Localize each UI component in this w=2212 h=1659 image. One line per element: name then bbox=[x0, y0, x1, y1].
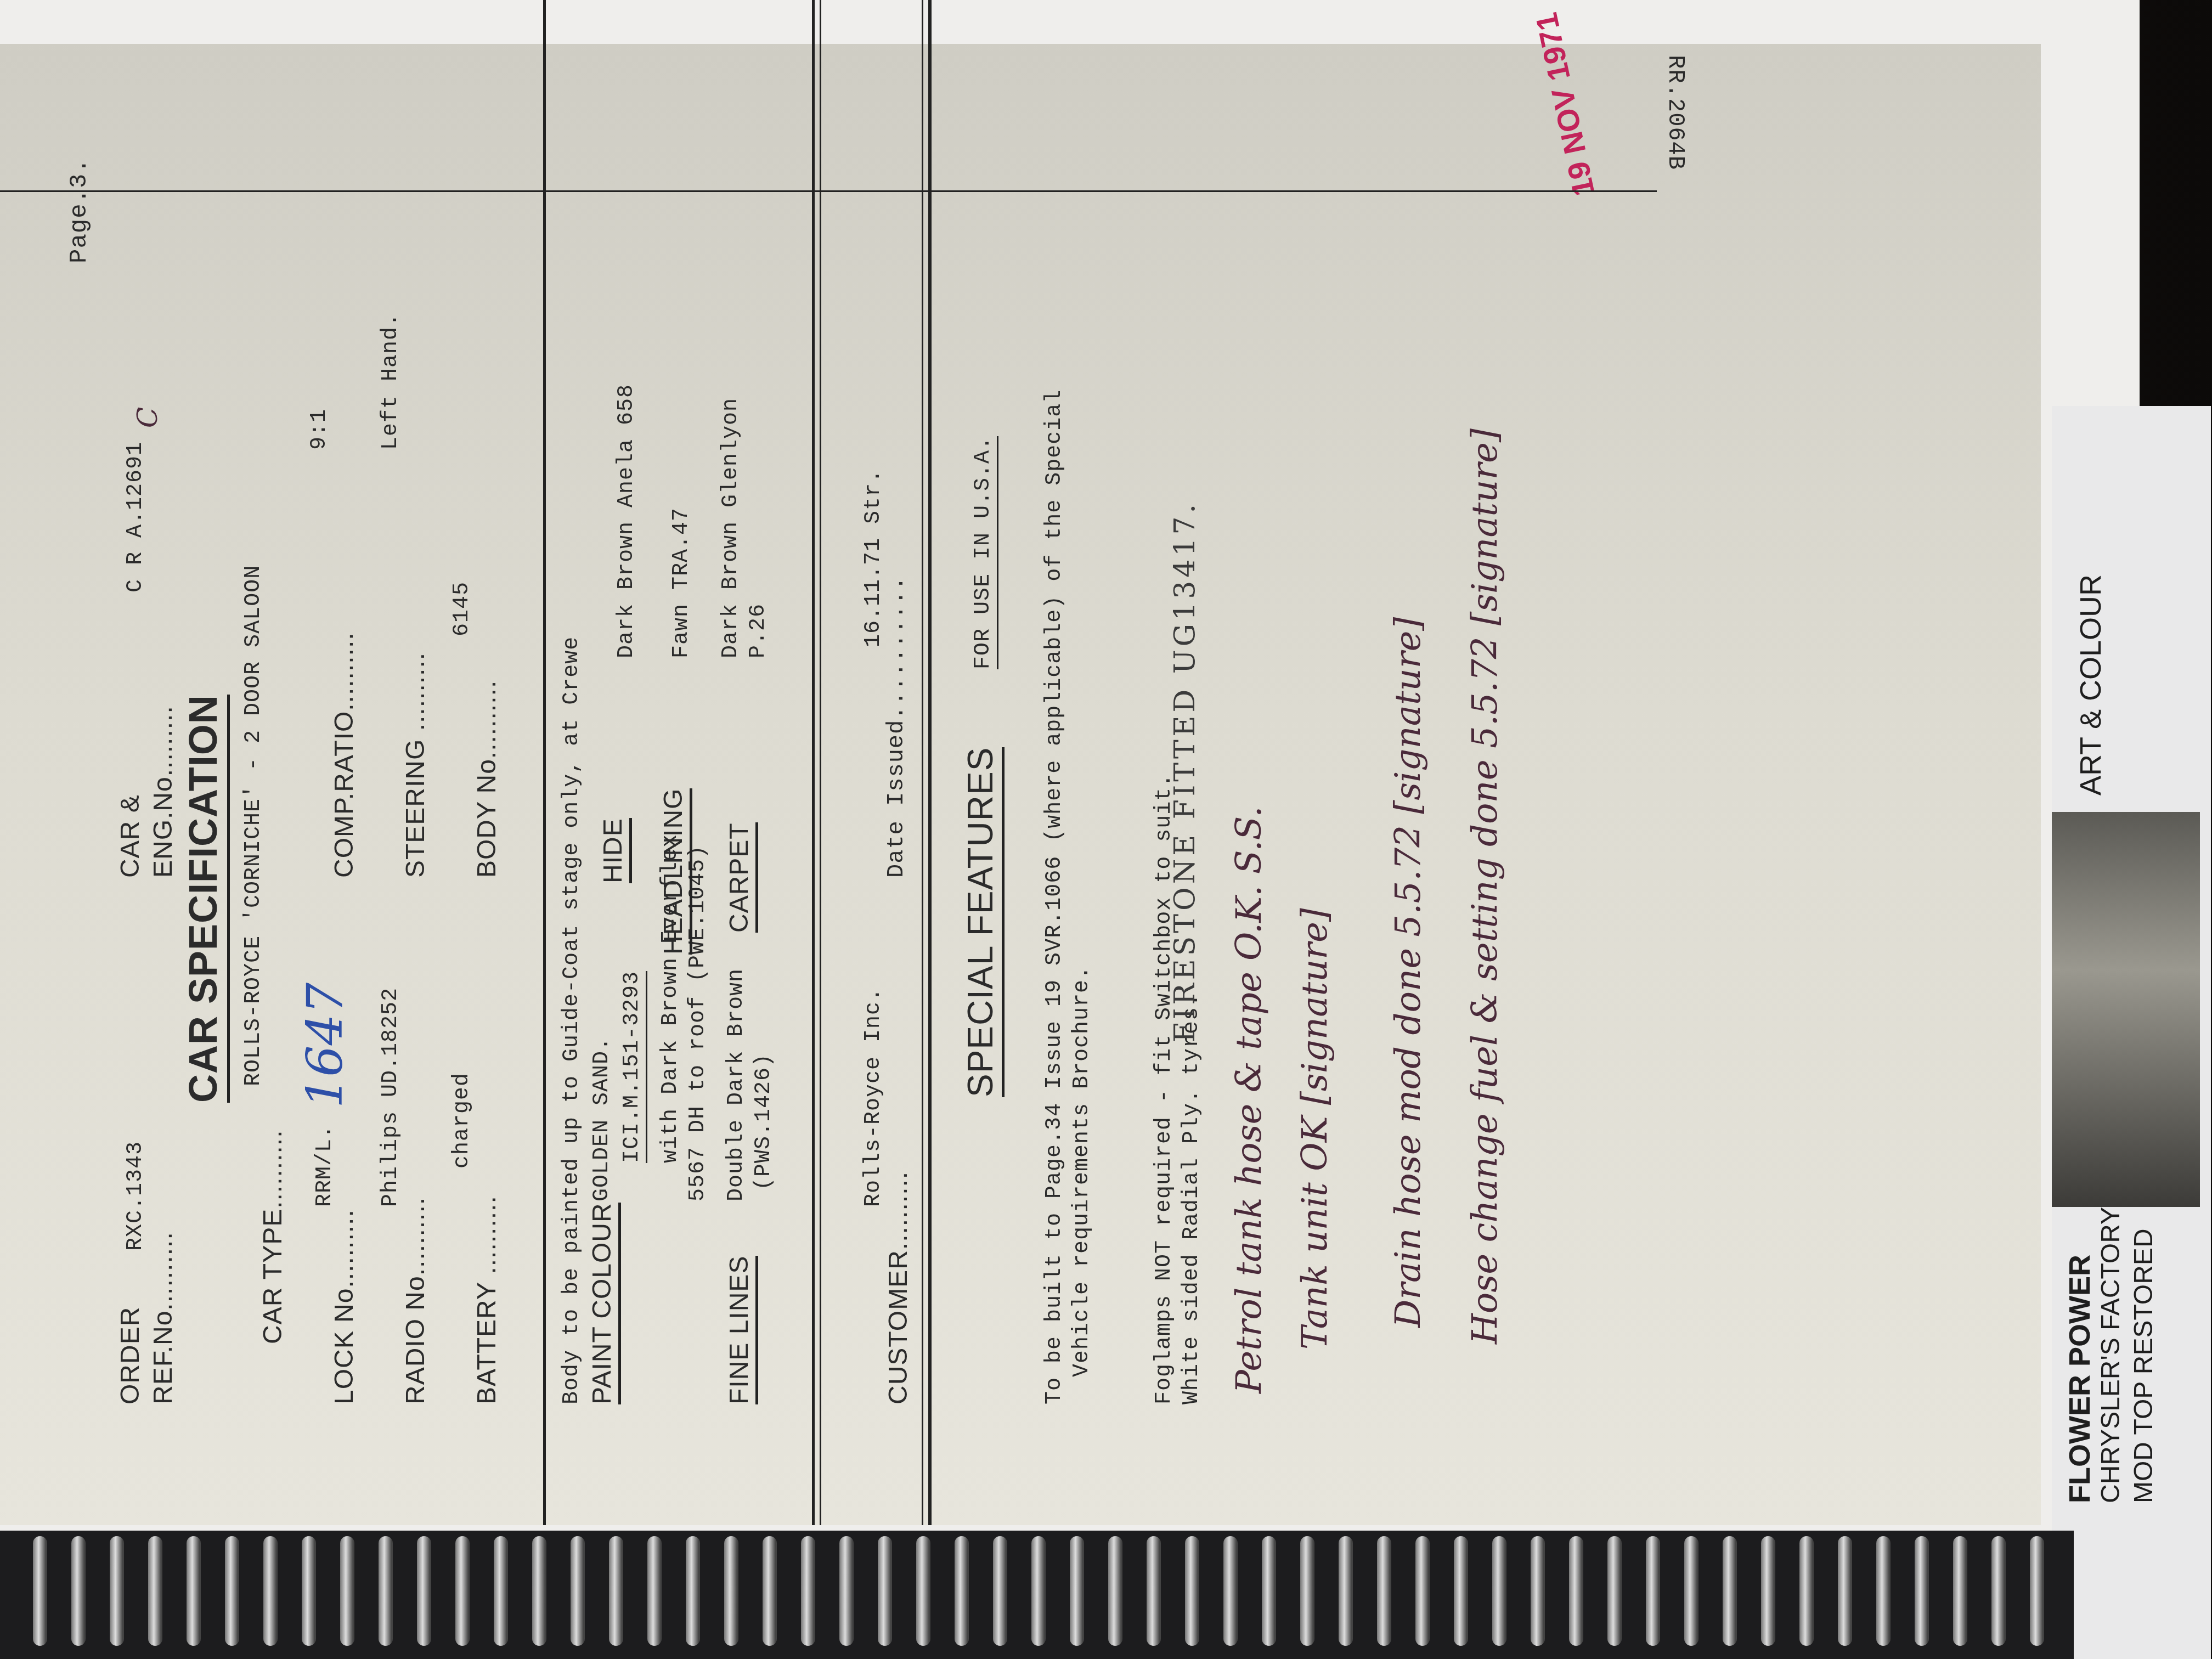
spiral-coil bbox=[455, 1536, 470, 1646]
fine-lines-label: FINE LINES bbox=[724, 1256, 758, 1404]
spiral-coil bbox=[571, 1536, 585, 1646]
customer-label: CUSTOMER.......... bbox=[883, 1171, 913, 1404]
spiral-coil bbox=[878, 1536, 892, 1646]
car-eng-value: C R A.12691 bbox=[123, 442, 148, 592]
special-features-title: SPECIAL FEATURES bbox=[960, 747, 1005, 1097]
comp-ratio-label: COMP.RATIO.......... bbox=[329, 632, 359, 878]
radio-value: Philips UD.18252 bbox=[379, 988, 403, 1207]
spiral-coil bbox=[1454, 1536, 1468, 1646]
spiral-coil bbox=[609, 1536, 623, 1646]
spiral-coil bbox=[1876, 1536, 1891, 1646]
page-number: Page.3. bbox=[66, 158, 93, 263]
spiral-coil bbox=[1607, 1536, 1622, 1646]
magazine-car-photo bbox=[2052, 812, 2200, 1207]
spiral-coil bbox=[379, 1536, 393, 1646]
spiral-coil bbox=[302, 1536, 316, 1646]
spiral-coil bbox=[1799, 1536, 1814, 1646]
radio-label: RADIO No.......... bbox=[400, 1197, 431, 1404]
usa-note: FOR USE IN U.S.A. bbox=[971, 436, 998, 669]
car-eng-label: ENG.No......... bbox=[148, 706, 178, 878]
hide-value: Dark Brown Anela 658 bbox=[614, 384, 639, 658]
spiral-coil bbox=[1915, 1536, 1929, 1646]
spiral-coil bbox=[1147, 1536, 1161, 1646]
car-specification-sheet: Page.3. ORDER REF.No.......... RXC.1343 … bbox=[0, 44, 2041, 1525]
magazine-headline: ART & COLOUR bbox=[2074, 574, 2108, 795]
spiral-coil bbox=[1223, 1536, 1238, 1646]
paint-colour-label: PAINT COLOUR bbox=[587, 1203, 621, 1404]
section-divider bbox=[922, 0, 923, 1525]
spiral-coil bbox=[1838, 1536, 1852, 1646]
order-ref-label: ORDER bbox=[115, 1307, 145, 1404]
spiral-coil bbox=[1761, 1536, 1775, 1646]
spiral-coil bbox=[1492, 1536, 1506, 1646]
spiral-coil bbox=[1339, 1536, 1353, 1646]
spiral-coil bbox=[647, 1536, 662, 1646]
handwritten-note: Petrol tank hose & tape O.K. S.S. bbox=[1229, 806, 1269, 1394]
hide-label: HIDE bbox=[598, 818, 632, 883]
spiral-coil bbox=[263, 1536, 278, 1646]
customer-value: Rolls-Royce Inc. bbox=[861, 988, 886, 1207]
spiral-coil bbox=[1377, 1536, 1391, 1646]
spiral-coil bbox=[839, 1536, 854, 1646]
body-value: 6145 bbox=[450, 582, 475, 636]
spiral-coil bbox=[1684, 1536, 1699, 1646]
order-ref-label: REF.No.......... bbox=[148, 1232, 178, 1404]
magazine-headline: MOD TOP RESTORED bbox=[2129, 1228, 2159, 1503]
spiral-coil bbox=[225, 1536, 239, 1646]
magazine-headline: CHRYSLER'S FACTORY bbox=[2096, 1207, 2126, 1503]
spiral-coil bbox=[763, 1536, 777, 1646]
spiral-coil bbox=[110, 1536, 124, 1646]
spiral-coil bbox=[724, 1536, 738, 1646]
date-issued-label: Date Issued.......... bbox=[883, 576, 910, 878]
spiral-coil bbox=[417, 1536, 431, 1646]
page-title: CAR SPECIFICATION bbox=[181, 695, 230, 1103]
spiral-coil bbox=[33, 1536, 47, 1646]
spiral-coil bbox=[1070, 1536, 1084, 1646]
spiral-coil bbox=[71, 1536, 86, 1646]
paint-colour-line: ICI.M.151-3293 bbox=[620, 971, 647, 1163]
spiral-coil bbox=[1262, 1536, 1276, 1646]
lock-label: LOCK No.......... bbox=[329, 1209, 359, 1404]
paint-note: Body to be painted up to Guide-Coat stag… bbox=[560, 636, 584, 1404]
spiral-coil bbox=[801, 1536, 815, 1646]
spiral-coil bbox=[1031, 1536, 1046, 1646]
spiral-coil bbox=[1723, 1536, 1737, 1646]
spiral-coil bbox=[1531, 1536, 1545, 1646]
steering-label: STEERING .......... bbox=[400, 652, 431, 878]
spiral-coil bbox=[1646, 1536, 1660, 1646]
fine-lines-line: Double Dark Brown bbox=[724, 968, 749, 1201]
date-issued-value: 16.11.71 Str. bbox=[861, 469, 886, 647]
spiral-coil bbox=[1108, 1536, 1122, 1646]
car-type-value: ROLLS-ROYCE 'CORNICHE' - 2 DOOR SALOON bbox=[241, 565, 266, 1086]
order-ref-value: RXC.1343 bbox=[123, 1141, 148, 1251]
headlining-value: Fawn TRA.47 bbox=[669, 507, 694, 658]
spiral-coil bbox=[916, 1536, 930, 1646]
carpet-label: CARPET bbox=[724, 822, 758, 933]
spiral-coil bbox=[148, 1536, 162, 1646]
car-eng-label: CAR & bbox=[115, 794, 145, 878]
lock-value-typed: RRM/L. bbox=[313, 1125, 337, 1207]
spiral-coil bbox=[993, 1536, 1007, 1646]
spiral-coil bbox=[187, 1536, 201, 1646]
lock-value-handwritten: 1647 bbox=[296, 983, 354, 1108]
fine-lines-line: (PWS.1426) bbox=[752, 1053, 776, 1190]
spiral-coil bbox=[955, 1536, 969, 1646]
carpet-line: P.26 bbox=[746, 603, 771, 658]
section-divider bbox=[543, 0, 546, 1525]
comp-ratio-value: 9:1 bbox=[307, 409, 332, 450]
spiral-coil bbox=[1953, 1536, 1967, 1646]
carpet-line: Dark Brown Glenlyon bbox=[719, 398, 743, 658]
headlining-label: HEADLINING bbox=[658, 788, 692, 955]
page-margin-rule bbox=[0, 190, 1657, 192]
body-label: BODY No.......... bbox=[472, 680, 502, 878]
magazine-headline: FLOWER POWER bbox=[2063, 1255, 2097, 1503]
battery-label: BATTERY .......... bbox=[472, 1195, 502, 1404]
section-divider bbox=[928, 0, 932, 1525]
paint-colour-line: GOLDEN SAND. bbox=[590, 1037, 614, 1201]
spiral-coil bbox=[494, 1536, 508, 1646]
spiral-coil bbox=[532, 1536, 546, 1646]
spiral-coil bbox=[1300, 1536, 1314, 1646]
spiral-coil bbox=[2030, 1536, 2044, 1646]
spiral-coil bbox=[340, 1536, 354, 1646]
spiral-coil bbox=[1569, 1536, 1583, 1646]
spiral-coil bbox=[1415, 1536, 1430, 1646]
special-feature-line: Vehicle requirements Brochure. bbox=[1070, 966, 1094, 1377]
section-divider bbox=[820, 0, 821, 1525]
handwritten-note: Drain hose mod done 5.5.72 [signature] bbox=[1388, 617, 1429, 1328]
spiral-coil bbox=[686, 1536, 700, 1646]
steering-value: Left Hand. bbox=[379, 313, 403, 450]
section-divider bbox=[812, 0, 815, 1525]
special-feature-line: White sided Radial Ply. tyres. bbox=[1180, 993, 1204, 1404]
spiral-coil bbox=[1991, 1536, 2006, 1646]
handwritten-note: Tank unit OK [signature] bbox=[1295, 908, 1335, 1350]
handwritten-tyres-note: FIRESTONE FITTED UG13417. bbox=[1169, 501, 1201, 1042]
battery-value: charged bbox=[450, 1073, 475, 1169]
handwritten-note: Hose change fuel & setting done 5.5.72 [… bbox=[1465, 428, 1505, 1344]
car-type-label: CAR TYPE.......... bbox=[258, 1130, 288, 1344]
spiral-coil bbox=[1185, 1536, 1199, 1646]
special-feature-line: To be built to Page.34 Issue 19 SVR.1066… bbox=[1042, 390, 1067, 1404]
form-number: RR.2064B bbox=[1662, 55, 1689, 170]
handwritten-check-mark: C bbox=[132, 407, 163, 428]
